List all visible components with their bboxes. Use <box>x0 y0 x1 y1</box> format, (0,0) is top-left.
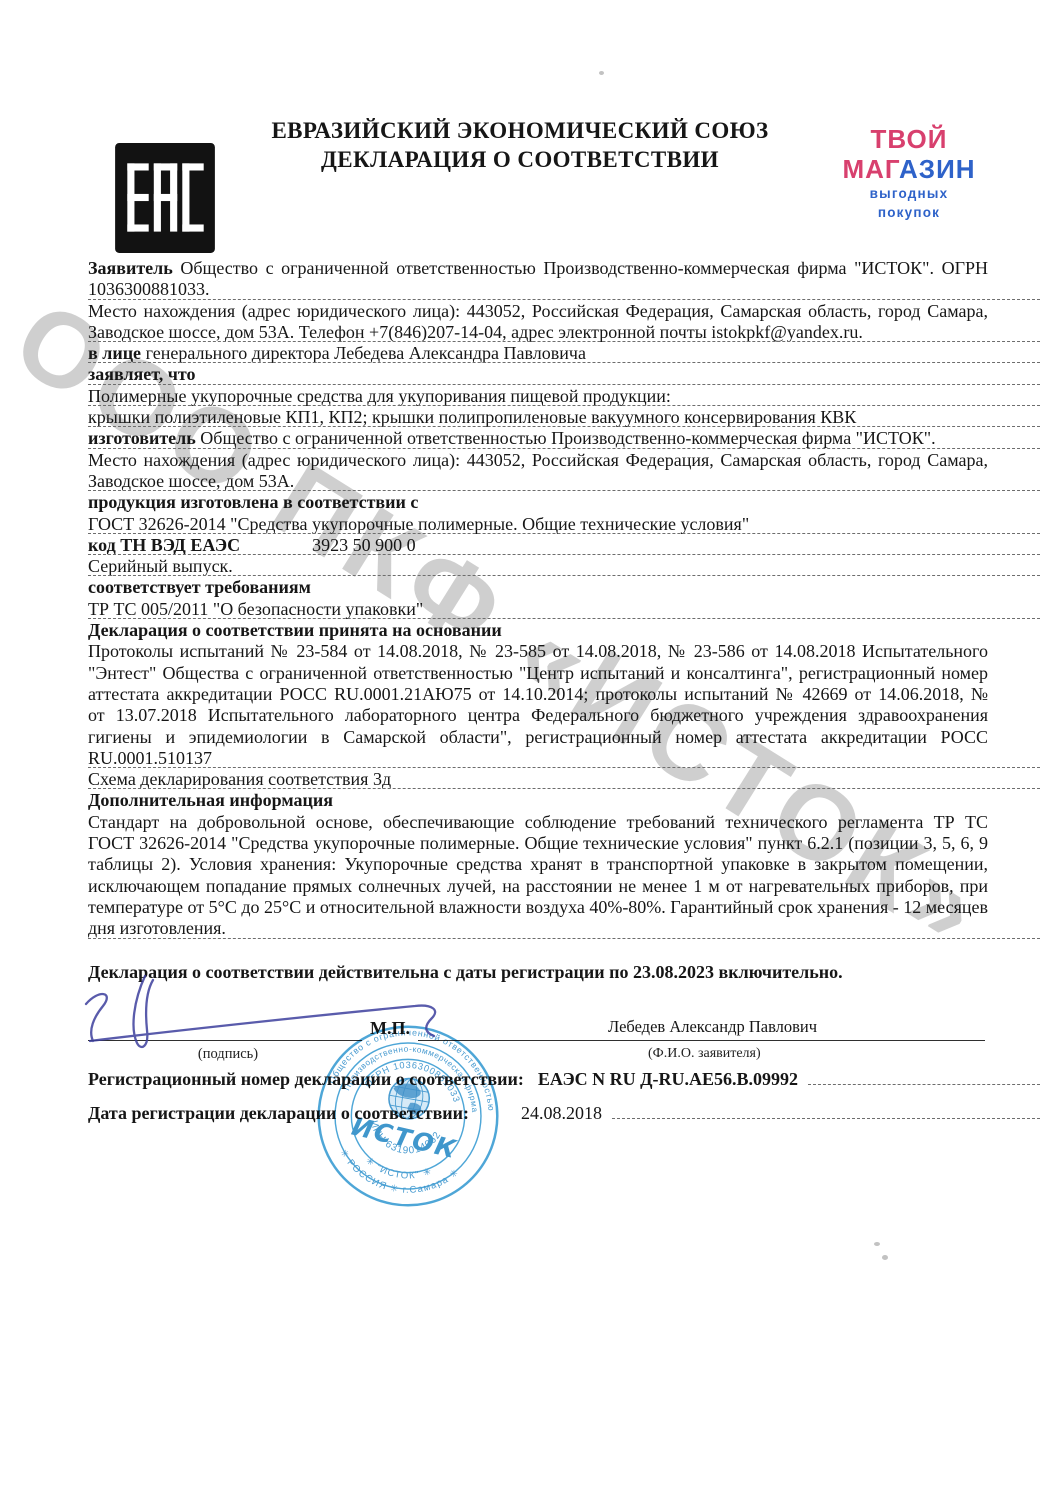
logo-magazin-pink: МАГ <box>842 154 899 184</box>
field-label: Декларация о соответствии действительна … <box>88 962 843 982</box>
logo-magazin-blue: АЗИН <box>899 154 976 184</box>
stamp-ring2-bottom-text: ✳ "ИСТОК" ✳ <box>361 1154 435 1186</box>
document-line: Заявитель Общество с ограниченной ответс… <box>88 258 988 279</box>
document-line: "Энтест" Общества с ограниченной ответст… <box>88 663 988 684</box>
field-text: ТР ТС 005/2011 "О безопасности упаковки" <box>88 599 423 619</box>
document-line: ГОСТ 32626-2014 "Средства укупорочные по… <box>88 833 988 854</box>
scan-speck <box>882 1255 888 1260</box>
field-text: Полимерные укупорочные средства для укуп… <box>88 386 671 406</box>
registration-number-value: ЕАЭС N RU Д-RU.АЕ56.В.09992 <box>538 1069 798 1090</box>
field-label: соответствует требованиям <box>88 577 311 597</box>
document-body: Заявитель Общество с ограниченной ответс… <box>88 258 988 983</box>
stamp-ring1-bottom-text: ✳ РОССИЯ ✳ г.Самара ✳ <box>332 1146 463 1206</box>
field-label: изготовитель <box>88 428 200 448</box>
document-line: крышки полиэтиленовые КП1, КП2; крышки п… <box>88 407 988 428</box>
field-text: RU.0001.510137 <box>88 748 212 768</box>
document-line: заявляет, что <box>88 364 988 385</box>
document-line: 1036300881033. <box>88 279 988 300</box>
field-text: дня изготовления. <box>88 918 226 938</box>
title-line-union: ЕВРАЗИЙСКИЙ ЭКОНОМИЧЕСКИЙ СОЮЗ <box>230 116 810 145</box>
document-line: RU.0001.510137 <box>88 748 988 769</box>
field-text: Заводское шоссе, дом 53А. <box>88 471 294 491</box>
field-text: ГОСТ 32626-2014 "Средства укупорочные по… <box>88 514 749 534</box>
declaration-document-page: ООО ПКФ «ИСТОК» ЕВРАЗИЙСКИЙ ЭКОНОМИЧЕСКИ… <box>0 0 1064 1500</box>
logo-line-vygodnyh: выгодных <box>818 184 1000 203</box>
field-label: код ТН ВЭД ЕАЭС <box>88 535 240 555</box>
field-text: генерального директора Лебедева Александ… <box>146 343 586 363</box>
document-line: Стандарт на добровольной основе, обеспеч… <box>88 812 988 833</box>
signature-line <box>88 1040 362 1041</box>
logo-line-magazin: МАГАЗИН <box>818 154 1000 184</box>
ruled-dash-filler <box>612 1098 1040 1119</box>
document-line: аттестата аккредитации РОСС RU.0001.21АЮ… <box>88 684 988 705</box>
signature-caption: (подпись) <box>148 1046 308 1063</box>
document-line: Заводское шоссе, дом 53А. Телефон +7(846… <box>88 322 988 343</box>
logo-line-tvoy: ТВОЙ <box>818 124 1000 154</box>
field-label: Заявитель <box>88 258 180 278</box>
eac-mark-logo <box>114 142 216 254</box>
document-line: Декларация о соответствии действительна … <box>88 962 988 983</box>
field-text: Общество с ограниченной ответственностью… <box>180 258 988 278</box>
document-line: Протоколы испытаний № 23-584 от 14.08.20… <box>88 641 988 662</box>
document-line: Заводское шоссе, дом 53А. <box>88 471 988 492</box>
registration-date-value: 24.08.2018 <box>521 1103 602 1124</box>
field-text: гигиены и эпидемиологии в Самарской обла… <box>88 727 988 747</box>
document-line: Схема декларирования соответствия 3д <box>88 769 988 790</box>
fio-line <box>418 1040 985 1041</box>
field-text: 1036300881033. <box>88 279 210 299</box>
field-text: от 13.07.2018 Испытательного лабораторно… <box>88 705 988 726</box>
field-text: ГОСТ 32626-2014 "Средства укупорочные по… <box>88 833 988 853</box>
applicant-name: Лебедев Александр Павлович <box>608 1017 817 1037</box>
field-label: Декларация о соответствии принята на осн… <box>88 620 502 640</box>
svg-text:✳ РОССИЯ ✳ г.Самара ✳: ✳ РОССИЯ ✳ г.Самара ✳ <box>332 1146 463 1206</box>
field-text: исключающем попадание прямых солнечных л… <box>88 876 988 896</box>
logo-line-pokupok: покупок <box>818 203 1000 222</box>
scan-speck <box>874 1242 880 1246</box>
document-line: гигиены и эпидемиологии в Самарской обла… <box>88 727 988 748</box>
field-text: Серийный выпуск. <box>88 556 233 576</box>
field-text: Место нахождения (адрес юридического лиц… <box>88 450 988 470</box>
document-line: дня изготовления. <box>88 918 988 939</box>
document-line: от 13.07.2018 Испытательного лабораторно… <box>88 705 988 726</box>
document-line: Полимерные укупорочные средства для укуп… <box>88 386 988 407</box>
registration-number-row: Регистрационный номер декларации о соотв… <box>88 1064 1040 1090</box>
field-text: 3923 50 900 0 <box>240 535 416 555</box>
document-line: соответствует требованиям <box>88 577 988 598</box>
field-text: Протоколы испытаний № 23-584 от 14.08.20… <box>88 641 988 662</box>
document-line: Место нахождения (адрес юридического лиц… <box>88 450 988 471</box>
mp-seal-place-label: М.П. <box>370 1018 410 1039</box>
tvoy-magazin-logo: ТВОЙ МАГАЗИН выгодных покупок <box>818 124 1000 222</box>
field-text: "Энтест" Общества с ограниченной ответст… <box>88 663 988 683</box>
document-title: ЕВРАЗИЙСКИЙ ЭКОНОМИЧЕСКИЙ СОЮЗ ДЕКЛАРАЦИ… <box>230 116 810 174</box>
field-text: температуре от 5°С до 25°С и относительн… <box>88 897 988 918</box>
field-text: Стандарт на добровольной основе, обеспеч… <box>88 812 988 833</box>
document-line: ГОСТ 32626-2014 "Средства укупорочные по… <box>88 514 988 535</box>
field-text: Место нахождения (адрес юридического лиц… <box>88 301 988 321</box>
document-line: Серийный выпуск. <box>88 556 988 577</box>
field-label: продукция изготовлена в соответствии с <box>88 492 418 512</box>
document-line: Место нахождения (адрес юридического лиц… <box>88 301 988 322</box>
field-label: заявляет, что <box>88 364 196 384</box>
document-line: в лице генерального директора Лебедева А… <box>88 343 988 364</box>
field-label: Дополнительная информация <box>88 790 333 810</box>
scan-speck <box>599 71 604 75</box>
field-text: Схема декларирования соответствия 3д <box>88 769 391 789</box>
title-line-declaration: ДЕКЛАРАЦИЯ О СООТВЕТСТВИИ <box>230 145 810 174</box>
document-line: продукция изготовлена в соответствии с <box>88 492 988 513</box>
signature-and-registration-block: М.П. Лебедев Александр Павлович (подпись… <box>88 990 1040 1150</box>
field-text: крышки полиэтиленовые КП1, КП2; крышки п… <box>88 407 856 427</box>
field-label: в лице <box>88 343 146 363</box>
document-line: Дополнительная информация <box>88 790 988 811</box>
ruled-dash-filler <box>808 1064 1040 1085</box>
registration-number-label: Регистрационный номер декларации о соотв… <box>88 1069 524 1090</box>
document-line: температуре от 5°С до 25°С и относительн… <box>88 897 988 918</box>
document-line: Декларация о соответствии принята на осн… <box>88 620 988 641</box>
field-text: Общество с ограниченной ответственностью… <box>200 428 935 448</box>
field-text: Заводское шоссе, дом 53А. Телефон +7(846… <box>88 322 863 342</box>
document-line: ТР ТС 005/2011 "О безопасности упаковки" <box>88 599 988 620</box>
fio-caption: (Ф.И.О. заявителя) <box>648 1046 761 1062</box>
document-line: таблицы 2). Условия хранения: Укупорочны… <box>88 854 988 875</box>
registration-date-label: Дата регистрации декларации о соответств… <box>88 1103 469 1124</box>
field-text: таблицы 2). Условия хранения: Укупорочны… <box>88 854 988 874</box>
document-line: изготовитель Общество с ограниченной отв… <box>88 428 988 449</box>
field-text: аттестата аккредитации РОСС RU.0001.21АЮ… <box>88 684 988 705</box>
registration-date-row: Дата регистрации декларации о соответств… <box>88 1098 1040 1124</box>
document-line: код ТН ВЭД ЕАЭС3923 50 900 0 <box>88 535 988 556</box>
svg-text:✳ "ИСТОК" ✳: ✳ "ИСТОК" ✳ <box>361 1154 435 1186</box>
document-line: исключающем попадание прямых солнечных л… <box>88 876 988 897</box>
